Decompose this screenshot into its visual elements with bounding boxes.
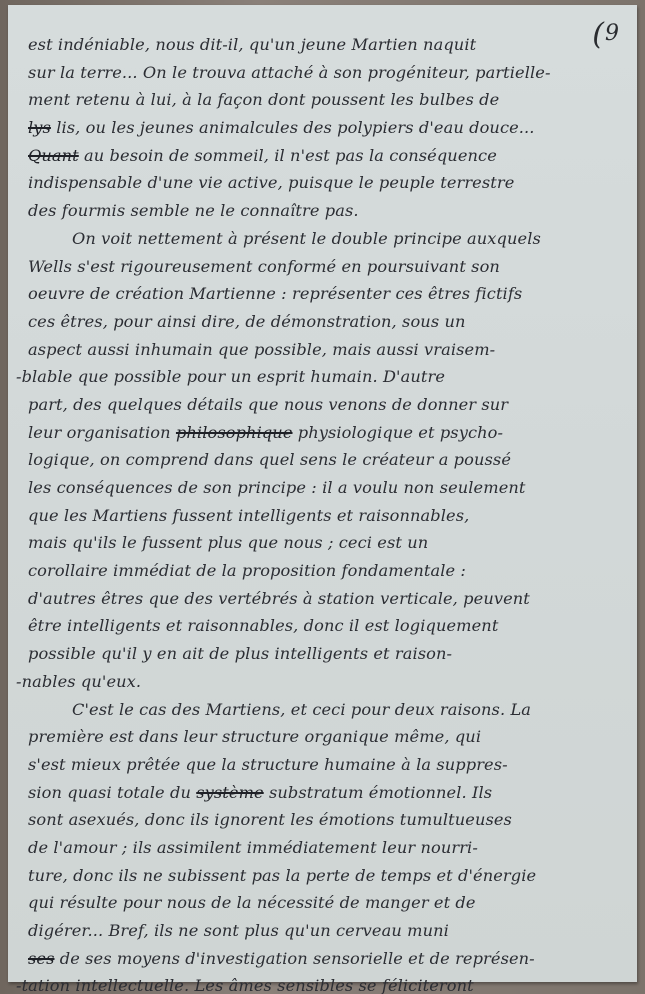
line-text: sont asexués, donc ils ignorent les émot… xyxy=(28,810,512,829)
text-line: première est dans leur structure organiq… xyxy=(28,723,628,751)
text-line: d'autres êtres que des vertébrés à stati… xyxy=(28,585,628,613)
line-text: mais qu'ils le fussent plus que nous ; c… xyxy=(28,533,428,552)
line-text: être intelligents et raisonnables, donc … xyxy=(28,616,498,635)
text-line: lys lis, ou les jeunes animalcules des p… xyxy=(28,114,628,142)
text-line: est indéniable, nous dit-il, qu'un jeune… xyxy=(28,31,628,59)
line-text: corollaire immédiat de la proposition fo… xyxy=(28,561,466,580)
line-text: de ses moyens d'investigation sensoriell… xyxy=(60,949,535,968)
line-text: sur la terre... On le trouva attaché à s… xyxy=(28,63,551,82)
text-line: qui résulte pour nous de la nécessité de… xyxy=(28,889,628,917)
line-text: les conséquences de son principe : il a … xyxy=(28,478,526,497)
struck-word: ses xyxy=(28,949,55,968)
line-text: Wells s'est rigoureusement conformé en p… xyxy=(28,257,500,276)
text-line: part, des quelques détails que nous veno… xyxy=(28,391,628,419)
text-line: être intelligents et raisonnables, donc … xyxy=(28,612,628,640)
line-text: s'est mieux prêtée que la structure huma… xyxy=(28,755,508,774)
text-line: oeuvre de création Martienne : représent… xyxy=(28,280,628,308)
text-line: Wells s'est rigoureusement conformé en p… xyxy=(28,253,628,281)
struck-word: système xyxy=(196,783,263,802)
text-line: que les Martiens fussent intelligents et… xyxy=(28,502,628,530)
text-line: aspect aussi inhumain que possible, mais… xyxy=(28,336,628,364)
text-line: possible qu'il y en ait de plus intellig… xyxy=(28,640,628,668)
text-line: ces êtres, pour ainsi dire, de démonstra… xyxy=(28,308,628,336)
text-line: digérer... Bref, ils ne sont plus qu'un … xyxy=(28,917,628,945)
text-line: mais qu'ils le fussent plus que nous ; c… xyxy=(28,529,628,557)
text-line: sion quasi totale du système substratum … xyxy=(28,779,628,807)
line-text: On voit nettement à présent le double pr… xyxy=(72,229,541,248)
line-text: première est dans leur structure organiq… xyxy=(28,727,481,746)
text-line: -blable que possible pour un esprit huma… xyxy=(16,363,628,391)
line-text: -nables qu'eux. xyxy=(16,672,141,691)
struck-word: lys xyxy=(28,118,51,137)
line-text: -tation intellectuelle. Les âmes sensibl… xyxy=(16,976,474,994)
line-text: C'est le cas des Martiens, et ceci pour … xyxy=(72,700,531,719)
line-text: oeuvre de création Martienne : représent… xyxy=(28,284,522,303)
text-line: de l'amour ; ils assimilent immédiatemen… xyxy=(28,834,628,862)
line-text: sion quasi totale du xyxy=(28,783,191,802)
handwritten-text-body: est indéniable, nous dit-il, qu'un jeune… xyxy=(28,31,628,994)
text-line: indispensable d'une vie active, puisque … xyxy=(28,169,628,197)
line-text: qui résulte pour nous de la nécessité de… xyxy=(28,893,476,912)
line-text-after: substratum émotionnel. Ils xyxy=(264,783,492,802)
line-text: possible qu'il y en ait de plus intellig… xyxy=(28,644,452,663)
text-line: sur la terre... On le trouva attaché à s… xyxy=(28,59,628,87)
line-text: indispensable d'une vie active, puisque … xyxy=(28,173,514,192)
text-line: On voit nettement à présent le double pr… xyxy=(28,225,628,253)
line-text: ture, donc ils ne subissent pas la perte… xyxy=(28,866,536,885)
manuscript-page: (9 est indéniable, nous dit-il, qu'un je… xyxy=(8,5,637,982)
line-text: des fourmis semble ne le connaître pas. xyxy=(28,201,359,220)
line-text: logique, on comprend dans quel sens le c… xyxy=(28,450,511,469)
line-text: part, des quelques détails que nous veno… xyxy=(28,395,508,414)
text-line: leur organisation philosophique physiolo… xyxy=(28,419,628,447)
line-text: ment retenu à lui, à la façon dont pouss… xyxy=(28,90,499,109)
text-line: -nables qu'eux. xyxy=(16,668,628,696)
text-line: Quant au besoin de sommeil, il n'est pas… xyxy=(28,142,628,170)
text-line: corollaire immédiat de la proposition fo… xyxy=(28,557,628,585)
line-text: ces êtres, pour ainsi dire, de démonstra… xyxy=(28,312,466,331)
line-text: d'autres êtres que des vertébrés à stati… xyxy=(28,589,530,608)
text-line: ment retenu à lui, à la façon dont pouss… xyxy=(28,86,628,114)
line-text: -blable que possible pour un esprit huma… xyxy=(16,367,445,386)
text-line: sont asexués, donc ils ignorent les émot… xyxy=(28,806,628,834)
text-line: logique, on comprend dans quel sens le c… xyxy=(28,446,628,474)
line-text: de l'amour ; ils assimilent immédiatemen… xyxy=(28,838,478,857)
text-line: ture, donc ils ne subissent pas la perte… xyxy=(28,862,628,890)
line-text: digérer... Bref, ils ne sont plus qu'un … xyxy=(28,921,449,940)
text-line: -tation intellectuelle. Les âmes sensibl… xyxy=(16,972,628,994)
struck-word: philosophique xyxy=(176,423,293,442)
line-text: est indéniable, nous dit-il, qu'un jeune… xyxy=(28,35,476,54)
line-text-after: physiologique et psycho- xyxy=(293,423,504,442)
line-text: que les Martiens fussent intelligents et… xyxy=(28,506,469,525)
struck-word: Quant xyxy=(28,146,79,165)
line-text: leur organisation xyxy=(28,423,171,442)
text-line: des fourmis semble ne le connaître pas. xyxy=(28,197,628,225)
text-line: s'est mieux prêtée que la structure huma… xyxy=(28,751,628,779)
line-text: aspect aussi inhumain que possible, mais… xyxy=(28,340,495,359)
text-line: les conséquences de son principe : il a … xyxy=(28,474,628,502)
line-text: au besoin de sommeil, il n'est pas la co… xyxy=(84,146,497,165)
line-text: lis, ou les jeunes animalcules des polyp… xyxy=(56,118,534,137)
text-line: ses de ses moyens d'investigation sensor… xyxy=(28,945,628,973)
text-line: C'est le cas des Martiens, et ceci pour … xyxy=(28,696,628,724)
